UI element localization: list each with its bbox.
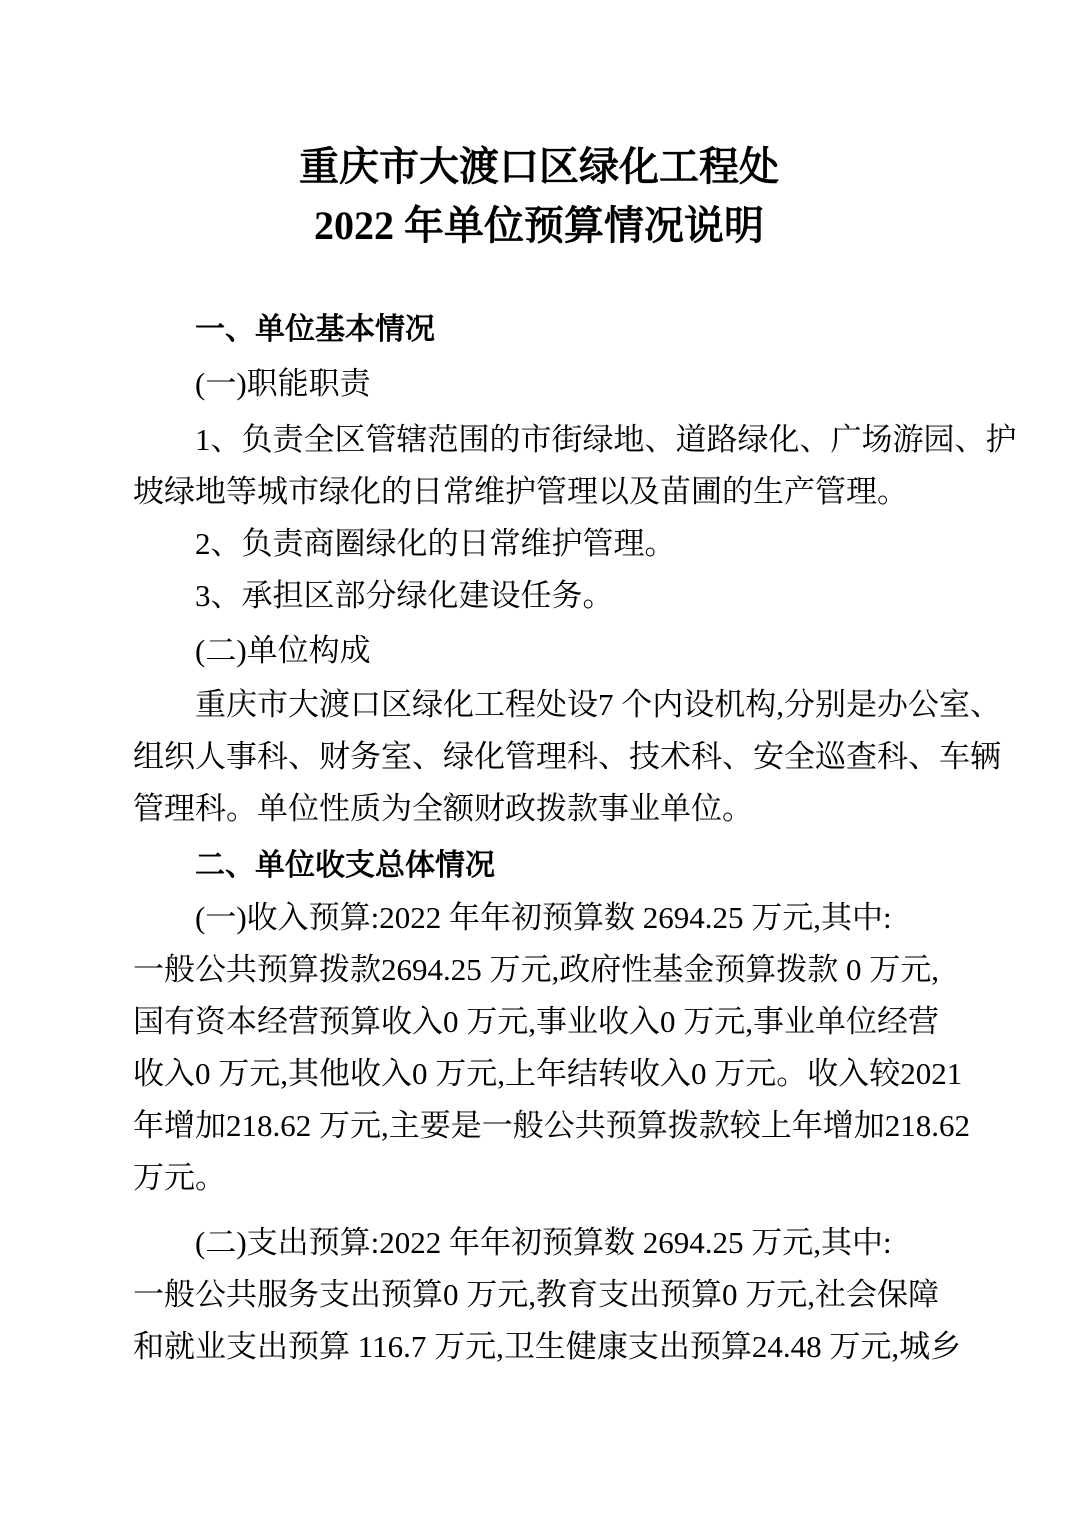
subheading-line: (二)单位构成 bbox=[133, 625, 945, 677]
paragraph-line: 万元。 bbox=[133, 1152, 945, 1204]
section-basic-info: 一、单位基本情况 (一)职能职责 1、负责全区管辖范围的市街绿地、道路绿化、广场… bbox=[133, 304, 945, 835]
paragraph-duty-3: 3、承担区部分绿化建设任务。 bbox=[133, 570, 945, 622]
paragraph-line: 重庆市大渡口区绿化工程处设7 个内设机构,分别是办公室、 bbox=[133, 679, 945, 731]
paragraph-duty-1: 1、负责全区管辖范围的市街绿地、道路绿化、广场游园、护 坡绿地等城市绿化的日常维… bbox=[133, 414, 945, 518]
paragraph-line: 一般公共预算拨款2694.25 万元,政府性基金预算拨款 0 万元, bbox=[133, 944, 945, 996]
paragraph-line: 组织人事科、财务室、绿化管理科、技术科、安全巡查科、车辆 bbox=[133, 731, 945, 783]
paragraph-composition: 重庆市大渡口区绿化工程处设7 个内设机构,分别是办公室、 组织人事科、财务室、绿… bbox=[133, 679, 945, 835]
paragraph-line: 管理科。单位性质为全额财政拨款事业单位。 bbox=[133, 783, 945, 835]
paragraph-income-budget: (一)收入预算:2022 年年初预算数 2694.25 万元,其中: 一般公共预… bbox=[133, 892, 945, 1204]
subheading-composition: (二)单位构成 bbox=[133, 625, 945, 677]
section-heading-budget-overview: 二、单位收支总体情况 bbox=[133, 840, 945, 892]
document-title-line-1: 重庆市大渡口区绿化工程处 bbox=[133, 137, 945, 196]
paragraph-duty-2: 2、负责商圈绿化的日常维护管理。 bbox=[133, 518, 945, 570]
paragraph-line: 国有资本经营预算收入0 万元,事业收入0 万元,事业单位经营 bbox=[133, 996, 945, 1048]
section-budget-overview: 二、单位收支总体情况 (一)收入预算:2022 年年初预算数 2694.25 万… bbox=[133, 840, 945, 1373]
paragraph-line: 坡绿地等城市绿化的日常维护管理以及苗圃的生产管理。 bbox=[133, 466, 945, 518]
document-title-line-2: 2022 年单位预算情况说明 bbox=[133, 196, 945, 255]
paragraph-expenditure-budget: (二)支出预算:2022 年年初预算数 2694.25 万元,其中: 一般公共服… bbox=[133, 1217, 945, 1373]
paragraph-line: (一)收入预算:2022 年年初预算数 2694.25 万元,其中: bbox=[133, 892, 945, 944]
document-page: 重庆市大渡口区绿化工程处 2022 年单位预算情况说明 一、单位基本情况 (一)… bbox=[0, 0, 1074, 1520]
paragraph-line: 1、负责全区管辖范围的市街绿地、道路绿化、广场游园、护 bbox=[133, 414, 945, 466]
paragraph-line: 收入0 万元,其他收入0 万元,上年结转收入0 万元。收入较2021 bbox=[133, 1048, 945, 1100]
paragraph-line: (二)支出预算:2022 年年初预算数 2694.25 万元,其中: bbox=[133, 1217, 945, 1269]
document-title: 重庆市大渡口区绿化工程处 2022 年单位预算情况说明 bbox=[133, 137, 945, 255]
subheading-line: (一)职能职责 bbox=[133, 358, 945, 410]
paragraph-line: 和就业支出预算 116.7 万元,卫生健康支出预算24.48 万元,城乡 bbox=[133, 1321, 945, 1373]
paragraph-line: 3、承担区部分绿化建设任务。 bbox=[133, 570, 945, 622]
document-content: 重庆市大渡口区绿化工程处 2022 年单位预算情况说明 一、单位基本情况 (一)… bbox=[133, 0, 945, 1373]
section-heading-basic-info: 一、单位基本情况 bbox=[133, 304, 945, 356]
paragraph-line: 年增加218.62 万元,主要是一般公共预算拨款较上年增加218.62 bbox=[133, 1100, 945, 1152]
subheading-duties: (一)职能职责 bbox=[133, 358, 945, 410]
paragraph-line: 一般公共服务支出预算0 万元,教育支出预算0 万元,社会保障 bbox=[133, 1269, 945, 1321]
paragraph-line: 2、负责商圈绿化的日常维护管理。 bbox=[133, 518, 945, 570]
